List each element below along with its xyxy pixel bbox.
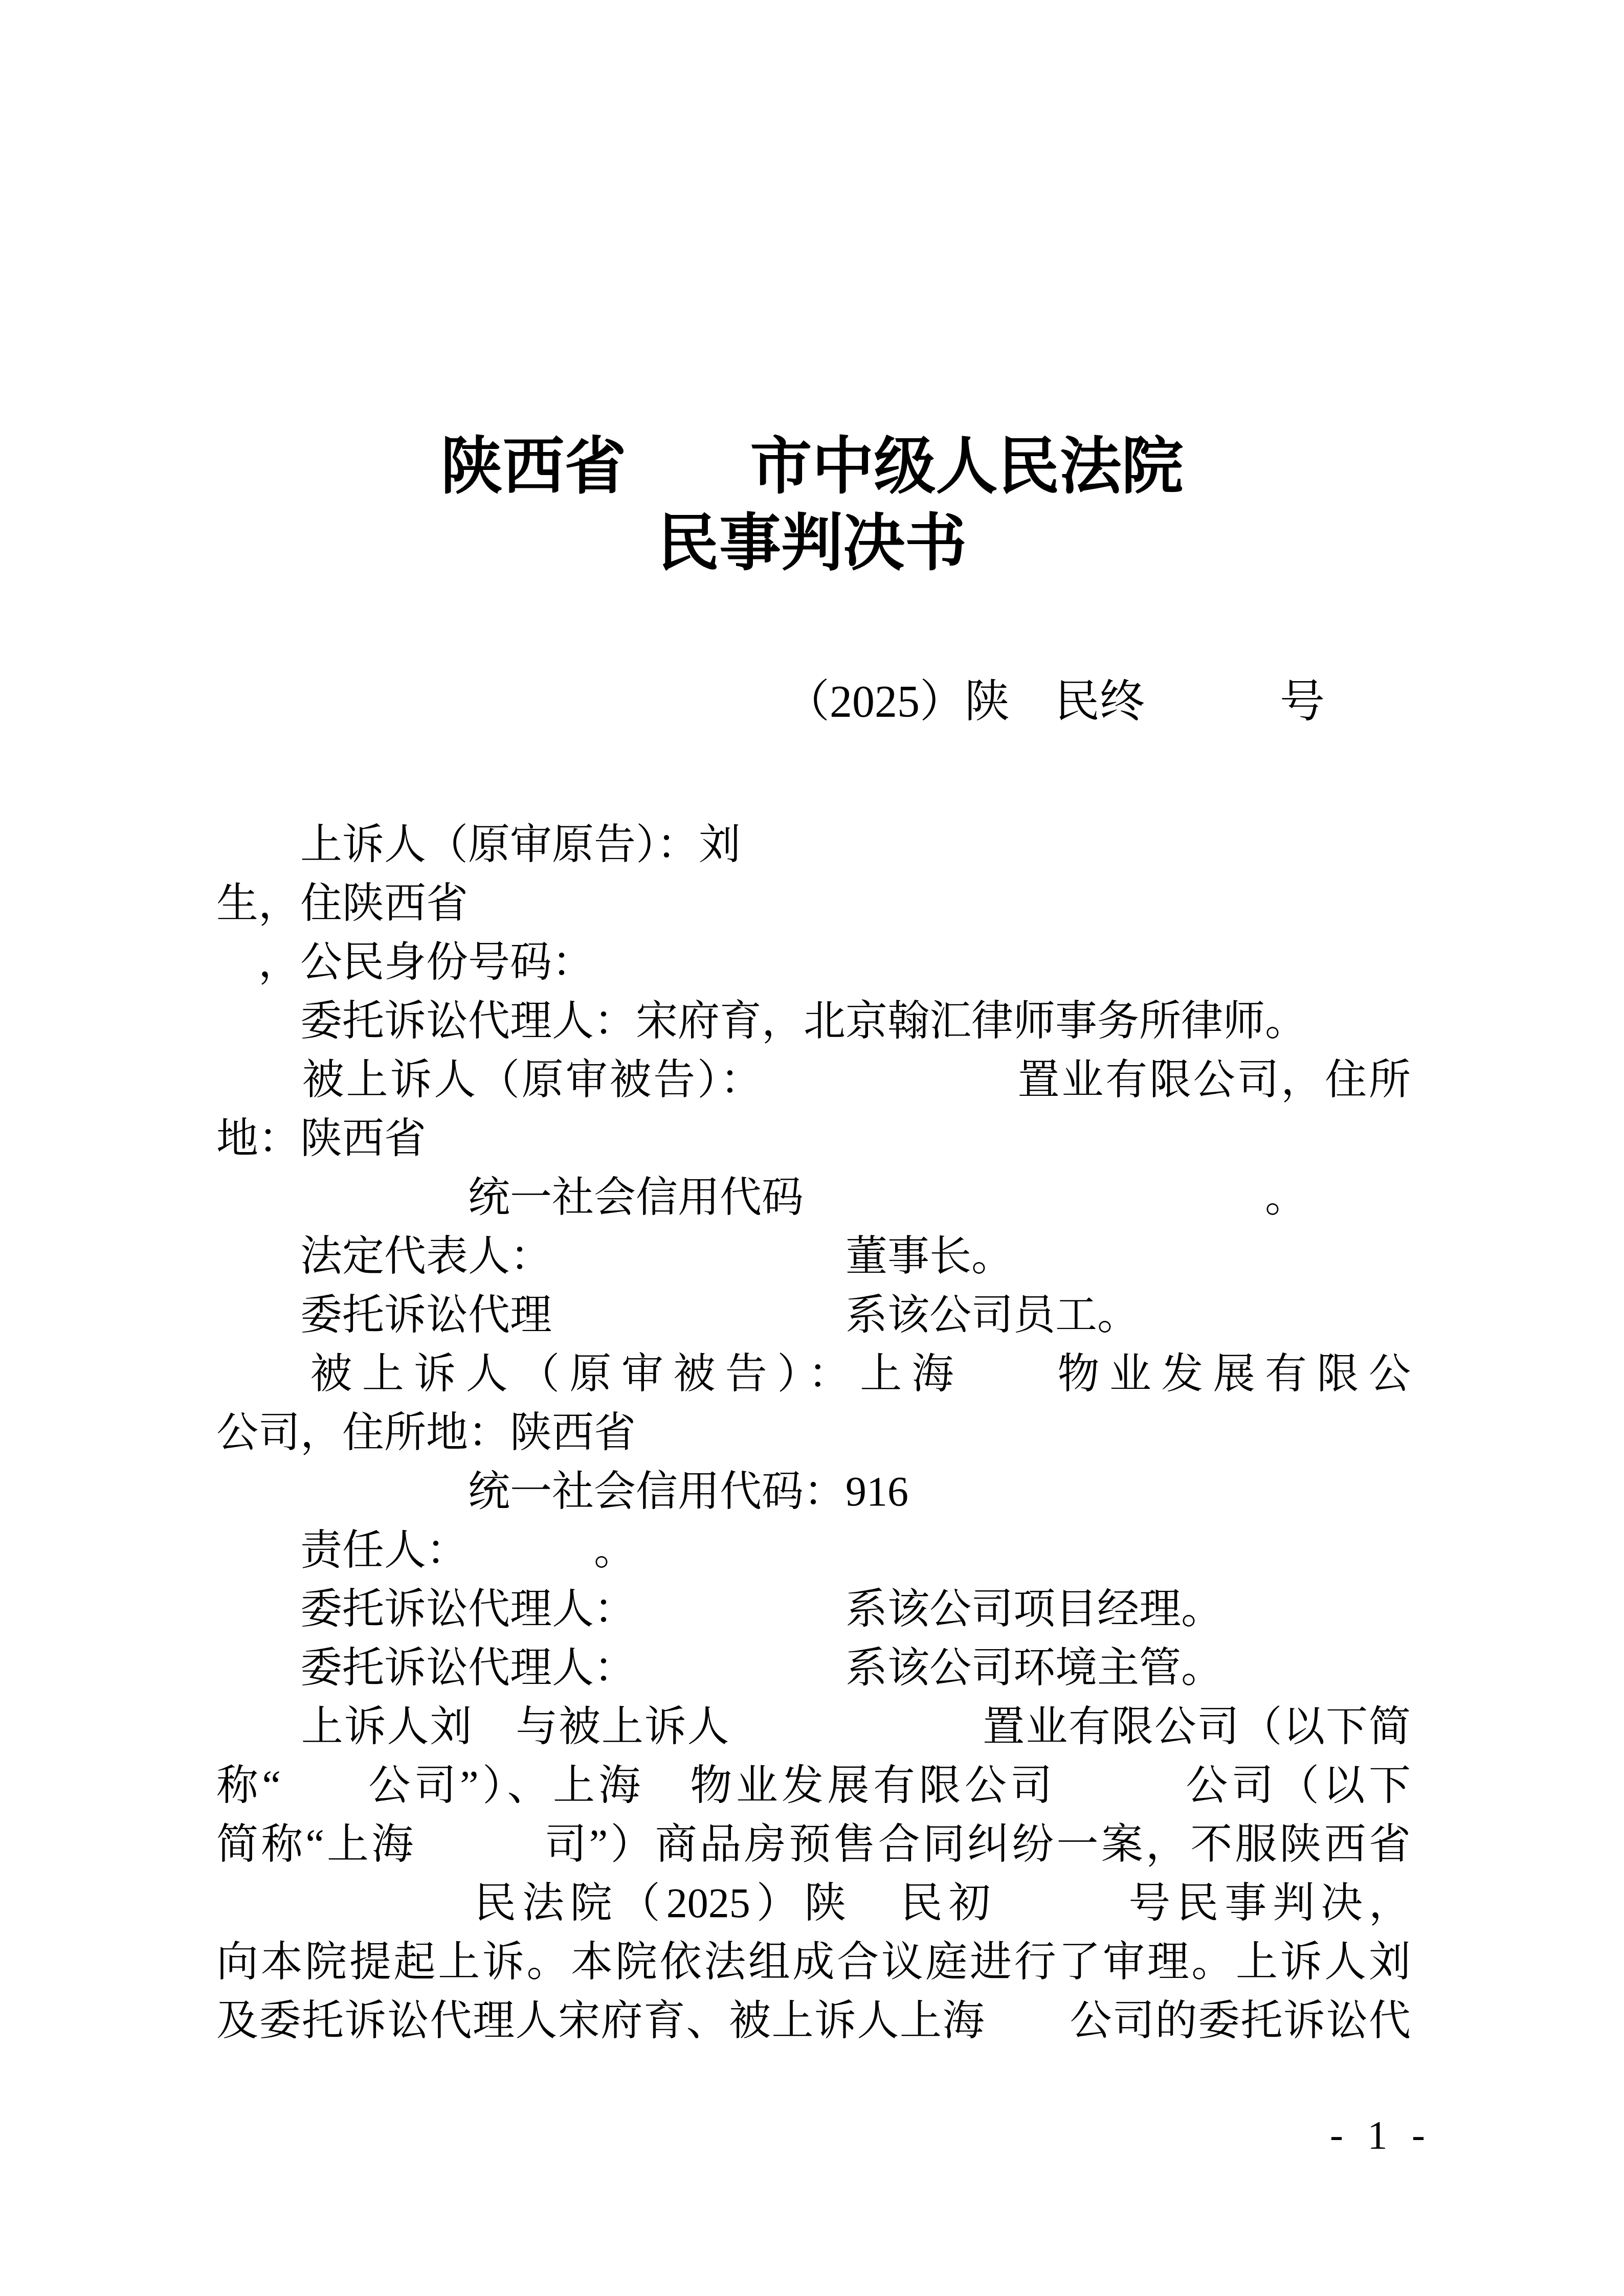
redacted-gap <box>216 1387 258 1388</box>
redacted-gap <box>1139 1211 1181 1211</box>
redacted-gap <box>678 1270 720 1270</box>
redacted-gap <box>678 1329 720 1329</box>
redacted-gap <box>594 1270 636 1270</box>
redacted-gap <box>1223 1211 1265 1211</box>
redacted-gap <box>258 1623 300 1623</box>
redacted-gap <box>1006 1387 1048 1388</box>
redacted-gap <box>1038 1917 1080 1917</box>
redacted-gap <box>258 1564 300 1564</box>
redacted-gap <box>216 1564 258 1564</box>
redacted-gap <box>426 1211 468 1211</box>
redacted-gap <box>594 1329 636 1329</box>
page-number: - 1 - <box>1330 2114 1432 2155</box>
redacted-gap <box>1055 1211 1097 1211</box>
redacted-gap <box>1190 716 1235 716</box>
redacted-gap <box>216 1329 258 1329</box>
redacted-gap <box>468 1564 510 1564</box>
redacted-gap <box>636 1270 678 1270</box>
redacted-gap <box>814 1740 856 1741</box>
redacted-gap <box>216 1917 258 1917</box>
redacted-gap <box>985 2034 1027 2035</box>
redacted-gap <box>772 1740 814 1741</box>
redacted-gap <box>216 858 258 859</box>
redacted-gap <box>804 1329 846 1329</box>
body-line: 上诉人（原审原告）：刘 <box>216 815 1411 874</box>
redacted-gap <box>890 1093 932 1094</box>
redacted-gap <box>216 1681 258 1682</box>
redacted-gap <box>940 1740 982 1741</box>
body-line: 法定代表人：董事长。 <box>216 1227 1411 1286</box>
body-line: 上诉人刘与被上诉人置业有限公司（以下简 <box>216 1697 1411 1756</box>
body-line: 统一社会信用代码：916 <box>216 1462 1411 1521</box>
redacted-gap <box>846 1211 887 1211</box>
redacted-gap <box>730 1740 772 1741</box>
redacted-gap <box>258 1681 300 1682</box>
body-line: 公司，住所地：陕西省 <box>216 1403 1411 1462</box>
redacted-gap <box>804 1270 846 1270</box>
redacted-gap <box>804 1211 846 1211</box>
redacted-gap <box>636 1623 678 1623</box>
body-line: 地：陕西省 <box>216 1109 1411 1168</box>
redacted-gap <box>258 1387 300 1388</box>
redacted-gap <box>932 1093 974 1094</box>
redacted-gap <box>804 1681 846 1682</box>
redacted-gap <box>804 1623 846 1623</box>
document-type: 民事判决书 <box>0 505 1624 582</box>
document-page: 陕西省市中级人民法院 民事判决书 （2025）陕民终号 上诉人（原审原告）：刘生… <box>0 0 1624 2296</box>
body-line: 被上诉人（原审被告）：置业有限公司，住所 <box>216 1050 1411 1109</box>
redacted-gap <box>720 1329 762 1329</box>
redacted-gap <box>552 1270 594 1270</box>
body-line: 简称“上海司”）商品房预售合同纠纷一案，不服陕西省 <box>216 1815 1411 1874</box>
redacted-gap <box>1013 1211 1055 1211</box>
redacted-gap <box>678 1681 720 1682</box>
document-header: 陕西省市中级人民法院 民事判决书 <box>0 429 1624 582</box>
redacted-gap <box>552 1564 594 1564</box>
redacted-gap <box>216 1093 258 1094</box>
redacted-gap <box>996 1917 1038 1917</box>
redacted-gap <box>688 487 750 487</box>
redacted-gap <box>1140 1799 1182 1799</box>
redacted-gap <box>216 1270 258 1270</box>
redacted-gap <box>636 1329 678 1329</box>
redacted-gap <box>216 1623 258 1623</box>
redacted-gap <box>300 1917 342 1917</box>
redacted-gap <box>384 1505 426 1505</box>
redacted-gap <box>342 1505 384 1505</box>
redacted-gap <box>1097 1211 1139 1211</box>
body-line: 生，住陕西省 <box>216 874 1411 933</box>
redacted-gap <box>258 1270 300 1270</box>
redacted-gap <box>426 1917 468 1917</box>
redacted-gap <box>510 1564 552 1564</box>
redacted-gap <box>384 1211 426 1211</box>
body-line: ，公民身份号码： <box>216 933 1411 992</box>
redacted-gap <box>258 858 300 859</box>
redacted-gap <box>971 1211 1013 1211</box>
redacted-gap <box>216 976 258 976</box>
redacted-gap <box>216 1740 258 1741</box>
redacted-gap <box>887 1211 929 1211</box>
redacted-gap <box>720 1270 762 1270</box>
body-line: 称“公司”）、上海物业发展有限公司公司（以下 <box>216 1756 1411 1815</box>
redacted-gap <box>342 1917 384 1917</box>
document-body: 上诉人（原审原告）：刘生，住陕西省，公民身份号码：委托诉讼代理人：宋府育，北京翰… <box>216 815 1411 2050</box>
redacted-gap <box>762 1681 804 1682</box>
body-line: 委托诉讼代理人：宋府育，北京翰汇律师事务所律师。 <box>216 992 1411 1050</box>
body-line: 委托诉讼代理人：系该公司环境主管。 <box>216 1638 1411 1697</box>
redacted-gap <box>762 1329 804 1329</box>
redacted-gap <box>281 1799 323 1799</box>
redacted-gap <box>342 1211 384 1211</box>
redacted-gap <box>416 1858 458 1858</box>
redacted-gap <box>636 1681 678 1682</box>
redacted-gap <box>216 1211 258 1211</box>
redacted-gap <box>720 1681 762 1682</box>
redacted-gap <box>258 1740 300 1741</box>
body-line: 被上诉人（原审被告）：上海物业发展有限公 <box>216 1344 1411 1403</box>
redacted-gap <box>974 1093 1016 1094</box>
court-name: 陕西省市中级人民法院 <box>0 429 1624 505</box>
redacted-gap <box>258 1505 300 1505</box>
redacted-gap <box>678 1623 720 1623</box>
redacted-gap <box>300 1211 342 1211</box>
body-line: 委托诉讼代理人：系该公司项目经理。 <box>216 1580 1411 1638</box>
redacted-gap <box>764 1093 806 1094</box>
redacted-gap <box>384 1917 426 1917</box>
redacted-gap <box>1098 1799 1140 1799</box>
redacted-gap <box>300 1505 342 1505</box>
redacted-gap <box>500 1858 542 1858</box>
redacted-gap <box>258 1329 300 1329</box>
redacted-gap <box>762 1270 804 1270</box>
redacted-gap <box>964 1387 1006 1388</box>
redacted-gap <box>806 1093 848 1094</box>
redacted-gap <box>720 1623 762 1623</box>
redacted-gap <box>853 1917 895 1917</box>
redacted-gap <box>762 1623 804 1623</box>
body-line: 民法院（2025）陕民初号民事判决， <box>216 1874 1411 1932</box>
redacted-gap <box>848 1093 890 1094</box>
redacted-gap <box>552 1329 594 1329</box>
redacted-gap <box>216 1505 258 1505</box>
redacted-gap <box>1145 716 1190 716</box>
redacted-gap <box>898 1740 940 1741</box>
redacted-gap <box>1235 716 1280 716</box>
redacted-gap <box>1181 1211 1223 1211</box>
redacted-gap <box>1010 716 1055 716</box>
redacted-gap <box>1080 1917 1122 1917</box>
body-line: 委托诉讼代理系该公司员工。 <box>216 1286 1411 1344</box>
redacted-gap <box>1027 2034 1069 2035</box>
redacted-gap <box>216 1034 258 1035</box>
redacted-gap <box>627 487 688 487</box>
redacted-gap <box>426 1505 468 1505</box>
redacted-gap <box>644 1799 686 1799</box>
body-line: 统一社会信用代码。 <box>216 1168 1411 1227</box>
redacted-gap <box>929 1211 971 1211</box>
body-line: 责任人：。 <box>216 1521 1411 1580</box>
redacted-gap <box>323 1799 365 1799</box>
body-line: 及委托诉讼代理人宋府育、被上诉人上海公司的委托诉讼代 <box>216 1991 1411 2050</box>
redacted-gap <box>458 1858 500 1858</box>
redacted-gap <box>473 1740 515 1741</box>
redacted-gap <box>258 1211 300 1211</box>
redacted-gap <box>258 1093 300 1094</box>
case-number: （2025）陕民终号 <box>785 674 1325 730</box>
body-line: 向本院提起上诉。本院依法组成合议庭进行了审理。上诉人刘 <box>216 1932 1411 1991</box>
redacted-gap <box>258 1917 300 1917</box>
redacted-gap <box>1056 1799 1098 1799</box>
redacted-gap <box>856 1740 898 1741</box>
redacted-gap <box>258 1034 300 1035</box>
